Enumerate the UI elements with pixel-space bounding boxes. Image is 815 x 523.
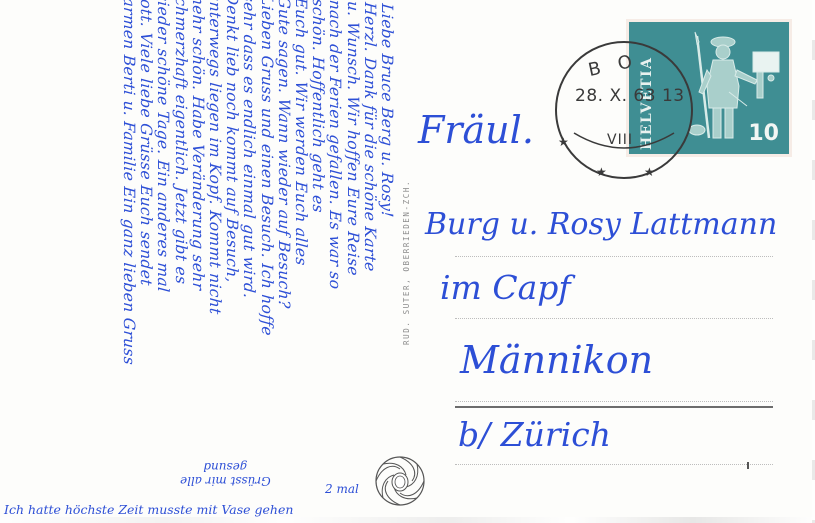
- postmark-star-icon: ★: [596, 165, 607, 179]
- upside-note-line: Grüsst mir alle: [180, 474, 271, 488]
- postmark-district: VIII: [607, 132, 633, 148]
- message-line: Gott. Viele liebe Grüsse Euch sendet: [137, 0, 154, 502]
- postmark-star-icon: ★: [558, 135, 569, 149]
- upside-note-line: gesund: [180, 460, 271, 474]
- message-line: Herzl. Dank für die schöne Karte: [361, 2, 378, 518]
- message-line: unterwegs liegen im Kopf. Kommt nicht: [206, 0, 223, 507]
- publisher-imprint: RUD. SUTER, OBERRIEDEN-ZCH.: [402, 180, 411, 345]
- message-line: mehr schön. Habe Veränderung sehr: [189, 0, 206, 506]
- message-line: schön. Hoffentlich geht es: [309, 0, 326, 514]
- spiral-rosette-logo: [374, 455, 426, 507]
- postmark-date-text: 28. X. 63: [575, 86, 656, 106]
- message-line: Carmen Berti u. Familie Ein ganz lieben …: [120, 0, 137, 501]
- postcard-back: Liebe Bruce Berg u. Rosy!Herzl. Dank für…: [0, 0, 815, 523]
- message-line: Lieben Gruss und einen Besuch. Ich hoffe: [257, 0, 274, 511]
- message-line: u. Wunsch. Wir hoffen Eure Reise: [343, 0, 360, 516]
- message-line: sehr dass es endlich einmal gut wird.: [240, 0, 257, 509]
- handwritten-message: Liebe Bruce Berg u. Rosy!Herzl. Dank für…: [0, 0, 400, 523]
- address-salutation: Fräul.: [418, 108, 534, 152]
- message-line: Gute sagen. Wann wieder auf Besuch?: [275, 0, 292, 512]
- address-name: Burg u. Rosy Lattmann: [425, 207, 777, 242]
- postmark-star-icon: ★: [644, 165, 655, 179]
- address-line: [455, 256, 773, 257]
- message-line: nach der Ferien gefallen. Es war so: [326, 0, 343, 515]
- address-underline: [455, 406, 773, 408]
- address-region: b/ Zürich: [458, 415, 611, 454]
- card-edge: [0, 517, 815, 523]
- address-mark: [747, 462, 749, 469]
- message-line: schmerzhaft eigentlich. Jetzt gibt es: [171, 0, 188, 505]
- postmark-date: 28. X. 63 13: [575, 86, 685, 106]
- address-line: [455, 464, 773, 465]
- message-line: Liebe Bruce Berg u. Rosy!: [378, 3, 395, 519]
- message-footer: Ich hatte höchste Zeit musste mit Vase g…: [4, 502, 293, 517]
- postmark-hour: 13: [662, 86, 685, 106]
- address-line: [455, 401, 773, 402]
- margin-note: 2 mal: [325, 482, 359, 496]
- message-line: Denkt lieb noch kommt auf Besuch,: [223, 0, 240, 508]
- stamp-value: 10: [748, 121, 779, 146]
- upside-down-note: Grüsst mir alle gesund: [180, 460, 271, 488]
- message-line: Euch gut. Wir werden Euch alles: [292, 0, 309, 513]
- message-text: Liebe Bruce Berg u. Rosy!Herzl. Dank für…: [120, 0, 395, 519]
- address-line: [455, 318, 773, 319]
- message-line: wieder schöne Tage. Ein anderes mal: [154, 0, 171, 503]
- address-city: Männikon: [460, 338, 653, 382]
- address-street: im Capf: [440, 268, 571, 307]
